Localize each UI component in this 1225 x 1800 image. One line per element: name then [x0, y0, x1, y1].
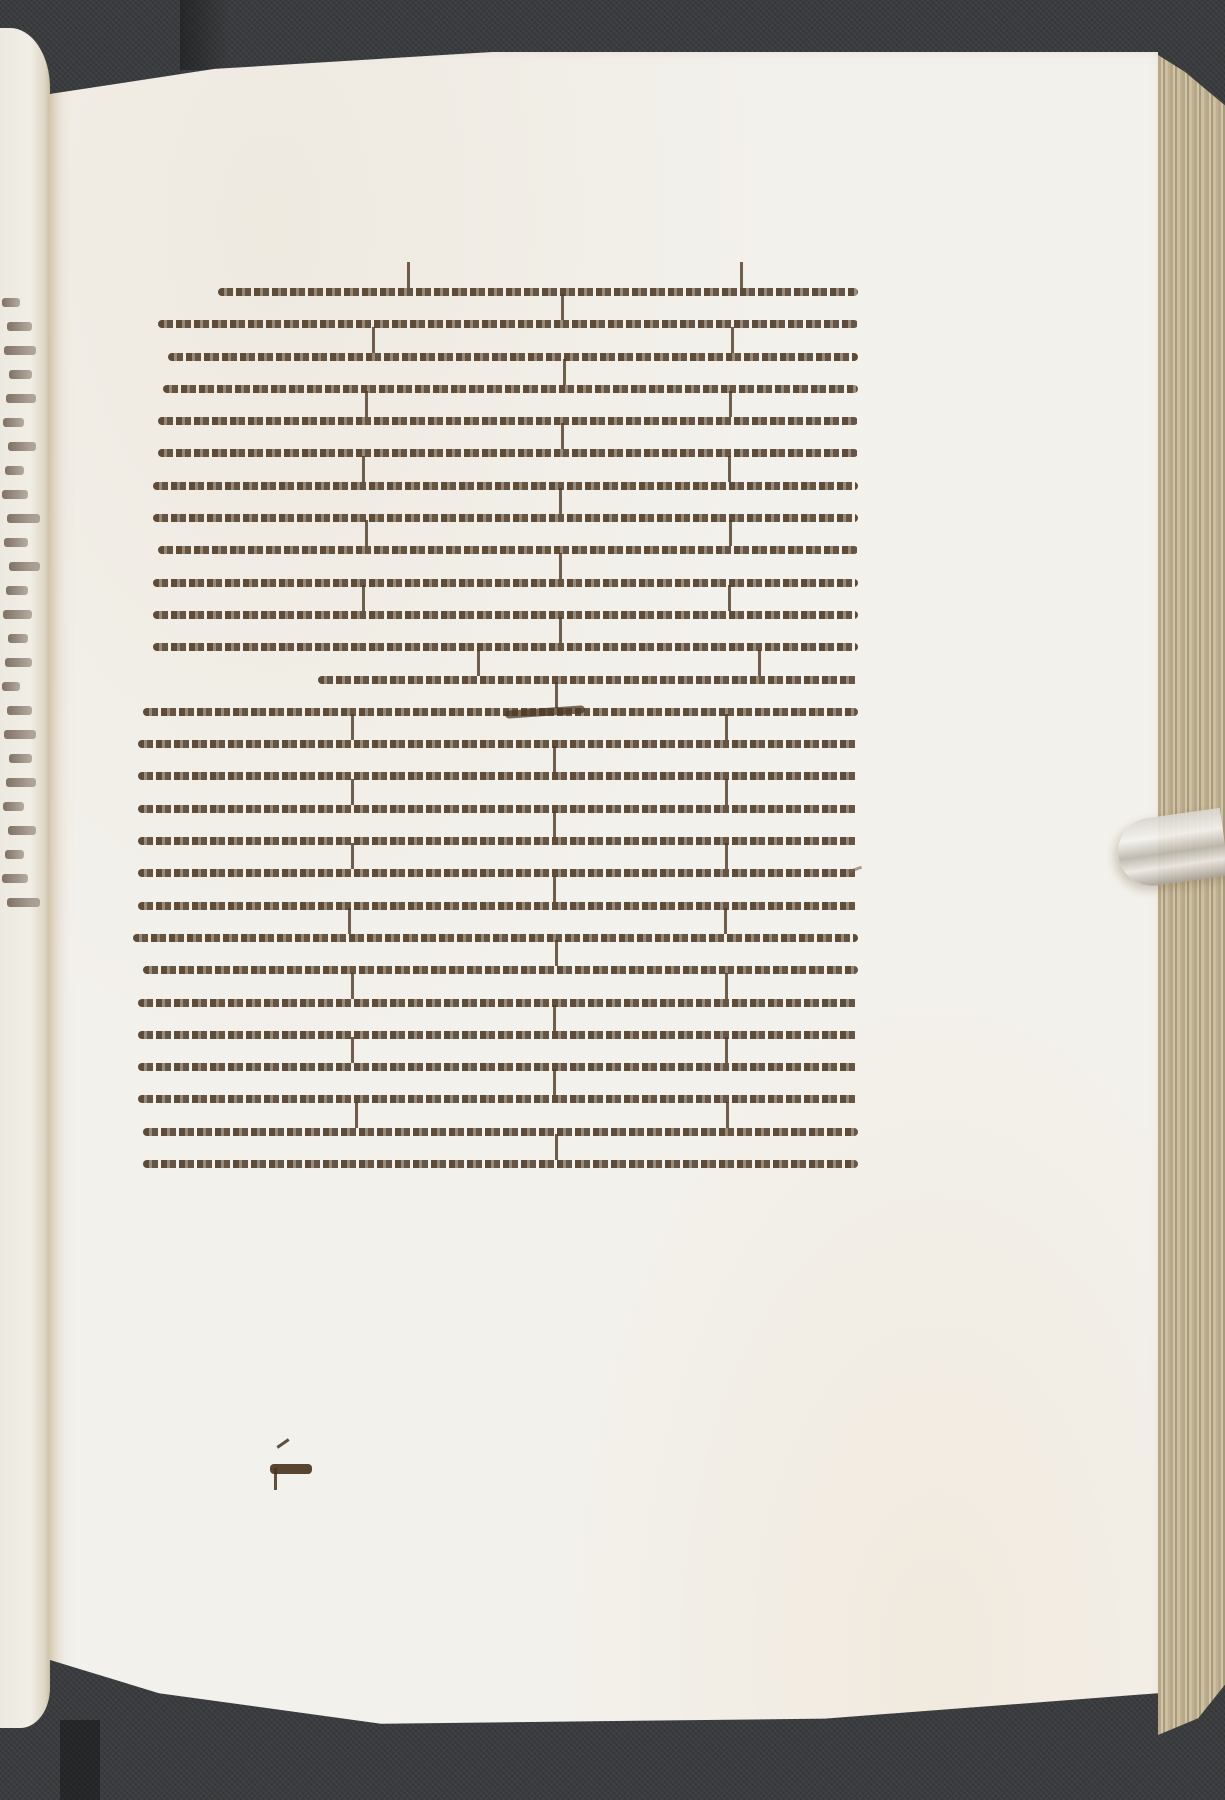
- left-page-text-fragment: [6, 586, 28, 595]
- manuscript-line: [handwritten Hebrew line 16]: [128, 760, 858, 792]
- manuscript-line: [handwritten Hebrew line 1]: [128, 276, 858, 308]
- ink-stroke: [138, 837, 858, 845]
- ascender-stroke: [351, 973, 354, 999]
- ink-stroke: [168, 353, 858, 361]
- ascender-stroke: [351, 714, 354, 740]
- manuscript-line: [handwritten Hebrew line 5]: [128, 405, 858, 437]
- left-page-text-fragment: [7, 514, 40, 523]
- left-page-text-fragment: [4, 538, 28, 547]
- manuscript-line: [handwritten Hebrew line 15]: [128, 728, 858, 760]
- ascender-stroke: [561, 294, 564, 320]
- ascender-stroke: [553, 876, 556, 902]
- ink-stroke: [158, 449, 858, 457]
- manuscript-line: [handwritten Hebrew line 7]: [128, 470, 858, 502]
- ascender-stroke: [729, 520, 732, 546]
- left-page-text-fragment: [6, 778, 36, 787]
- ink-stroke: [158, 320, 858, 328]
- ascender-stroke: [563, 359, 566, 385]
- ascender-stroke: [725, 714, 728, 740]
- manuscript-line: [handwritten Hebrew line 17]: [128, 793, 858, 825]
- ascender-stroke: [731, 327, 734, 353]
- ascender-stroke: [553, 1005, 556, 1031]
- ascender-stroke: [559, 553, 562, 579]
- ascender-stroke: [725, 779, 728, 805]
- ascender-stroke: [555, 682, 558, 708]
- ink-stroke: [138, 740, 858, 748]
- ascender-stroke: [728, 456, 731, 482]
- ink-stroke: [153, 579, 858, 587]
- ascender-stroke: [553, 811, 556, 837]
- ascender-stroke: [725, 843, 728, 869]
- left-page-text-fragment: [4, 346, 36, 355]
- left-page-text-fragment: [8, 442, 36, 451]
- manuscript-line: [handwritten Hebrew line 22]: [128, 954, 858, 986]
- ink-stroke: [158, 417, 858, 425]
- ascender-stroke: [407, 262, 410, 288]
- left-page-text-fragment: [7, 898, 40, 907]
- ascender-stroke: [477, 650, 480, 676]
- ascender-stroke: [729, 391, 732, 417]
- ascender-stroke: [362, 585, 365, 611]
- manuscript-line: [handwritten Hebrew line 20]: [128, 890, 858, 922]
- manuscript-line: [handwritten Hebrew line 9]: [128, 534, 858, 566]
- manuscript-line: [handwritten Hebrew line 19]: [128, 857, 858, 889]
- ascender-stroke: [355, 1102, 358, 1128]
- ink-stroke: [143, 1128, 858, 1136]
- ascender-stroke: [724, 908, 727, 934]
- left-page-text-fragment: [5, 466, 24, 475]
- ink-stroke: [153, 611, 858, 619]
- ink-stroke: [158, 546, 858, 554]
- ascender-stroke: [726, 1102, 729, 1128]
- ink-stroke: [218, 288, 858, 296]
- manuscript-line: [handwritten Hebrew line 24]: [128, 1019, 858, 1051]
- cloth-shadow: [180, 0, 230, 70]
- manuscript-line: [handwritten Hebrew line 26]: [128, 1083, 858, 1115]
- manuscript-line: [handwritten Hebrew line 11]: [128, 599, 858, 631]
- manuscript-line: [handwritten Hebrew line 23]: [128, 987, 858, 1019]
- ascender-stroke: [365, 391, 368, 417]
- ink-stroke: [143, 708, 858, 716]
- ink-stroke: [138, 1095, 858, 1103]
- ink-stroke: [138, 1063, 858, 1071]
- left-page-text-fragment: [3, 610, 32, 619]
- ink-stroke: [138, 902, 858, 910]
- left-page-text-fragment: [4, 730, 36, 739]
- left-page-text-fragment: [7, 706, 32, 715]
- ink-stroke: [153, 482, 858, 490]
- left-page-text-fragment: [2, 490, 28, 499]
- ink-stroke: [138, 869, 858, 877]
- ink-stroke: [163, 385, 858, 393]
- catchword-descender: [274, 1468, 277, 1490]
- cloth-shadow-bottom: [60, 1720, 100, 1800]
- left-page-text-fragment: [2, 298, 20, 307]
- left-page-text-fragment: [8, 826, 36, 835]
- manuscript-line: [handwritten Hebrew line 25]: [128, 1051, 858, 1083]
- manuscript-line: [handwritten Hebrew line 2]: [128, 308, 858, 340]
- manuscript-line: [handwritten Hebrew line 18]: [128, 825, 858, 857]
- left-page-text-fragment: [3, 802, 24, 811]
- ascender-stroke: [725, 1037, 728, 1063]
- left-page-text-fragment: [9, 370, 32, 379]
- ascender-stroke: [559, 488, 562, 514]
- ink-stroke: [153, 514, 858, 522]
- ascender-stroke: [559, 617, 562, 643]
- manuscript-line: [handwritten Hebrew line 10]: [128, 567, 858, 599]
- left-page-text-fragment: [5, 850, 24, 859]
- ascender-stroke: [555, 940, 558, 966]
- manuscript-line: [handwritten Hebrew line 13]: [128, 664, 858, 696]
- catchword: [handwritten Hebrew catchword]: [270, 1460, 314, 1482]
- manuscript-line: [handwritten Hebrew line 3]: [128, 341, 858, 373]
- left-page-text-fragment: [3, 418, 24, 427]
- manuscript-line: [handwritten Hebrew line 28]: [128, 1148, 858, 1180]
- manuscript-line: [handwritten Hebrew line 27]: [128, 1116, 858, 1148]
- left-page-text-fragment: [7, 322, 32, 331]
- ascender-stroke: [555, 1134, 558, 1160]
- manuscript-line: [handwritten Hebrew line 6]: [128, 437, 858, 469]
- manuscript-line: [handwritten Hebrew line 12]: [128, 631, 858, 663]
- manuscript-line: [handwritten Hebrew line 21]: [128, 922, 858, 954]
- ascender-stroke: [758, 650, 761, 676]
- ascender-stroke: [728, 585, 731, 611]
- left-page-text-fragment: [9, 754, 32, 763]
- left-page-text-fragment: [6, 394, 36, 403]
- ink-stroke: [138, 1031, 858, 1039]
- left-page-verso: [0, 28, 50, 1728]
- left-page-text-fragments: [2, 298, 36, 907]
- ascender-stroke: [553, 1069, 556, 1095]
- ink-stroke: [138, 805, 858, 813]
- ink-stroke: [133, 934, 858, 942]
- ink-stroke: [138, 999, 858, 1007]
- ascender-stroke: [351, 1037, 354, 1063]
- ink-stroke: [143, 966, 858, 974]
- ascender-stroke: [740, 262, 743, 288]
- ascender-stroke: [725, 973, 728, 999]
- manuscript-line: [handwritten Hebrew line 4]: [128, 373, 858, 405]
- left-page-text-fragment: [2, 682, 20, 691]
- left-page-text-fragment: [2, 874, 28, 883]
- manuscript-line: [handwritten Hebrew line 8]: [128, 502, 858, 534]
- manuscript-line: [handwritten Hebrew line 14]: [128, 696, 858, 728]
- left-page-text-fragment: [5, 658, 32, 667]
- ascender-stroke: [553, 746, 556, 772]
- left-page-text-fragment: [9, 562, 40, 571]
- ink-stroke: [138, 772, 858, 780]
- ascender-stroke: [348, 908, 351, 934]
- ink-stroke: [143, 1160, 858, 1168]
- ink-stroke: [153, 643, 858, 651]
- ascender-stroke: [351, 779, 354, 805]
- ascender-stroke: [365, 520, 368, 546]
- left-page-text-fragment: [8, 634, 28, 643]
- ascender-stroke: [351, 843, 354, 869]
- main-text-block: [handwritten Hebrew line 1][handwritten …: [128, 276, 858, 1180]
- ink-stroke: [318, 676, 858, 684]
- ascender-stroke: [561, 423, 564, 449]
- fore-edge-page-stack: [1158, 55, 1225, 1735]
- ascender-stroke: [362, 456, 365, 482]
- ascender-stroke: [372, 327, 375, 353]
